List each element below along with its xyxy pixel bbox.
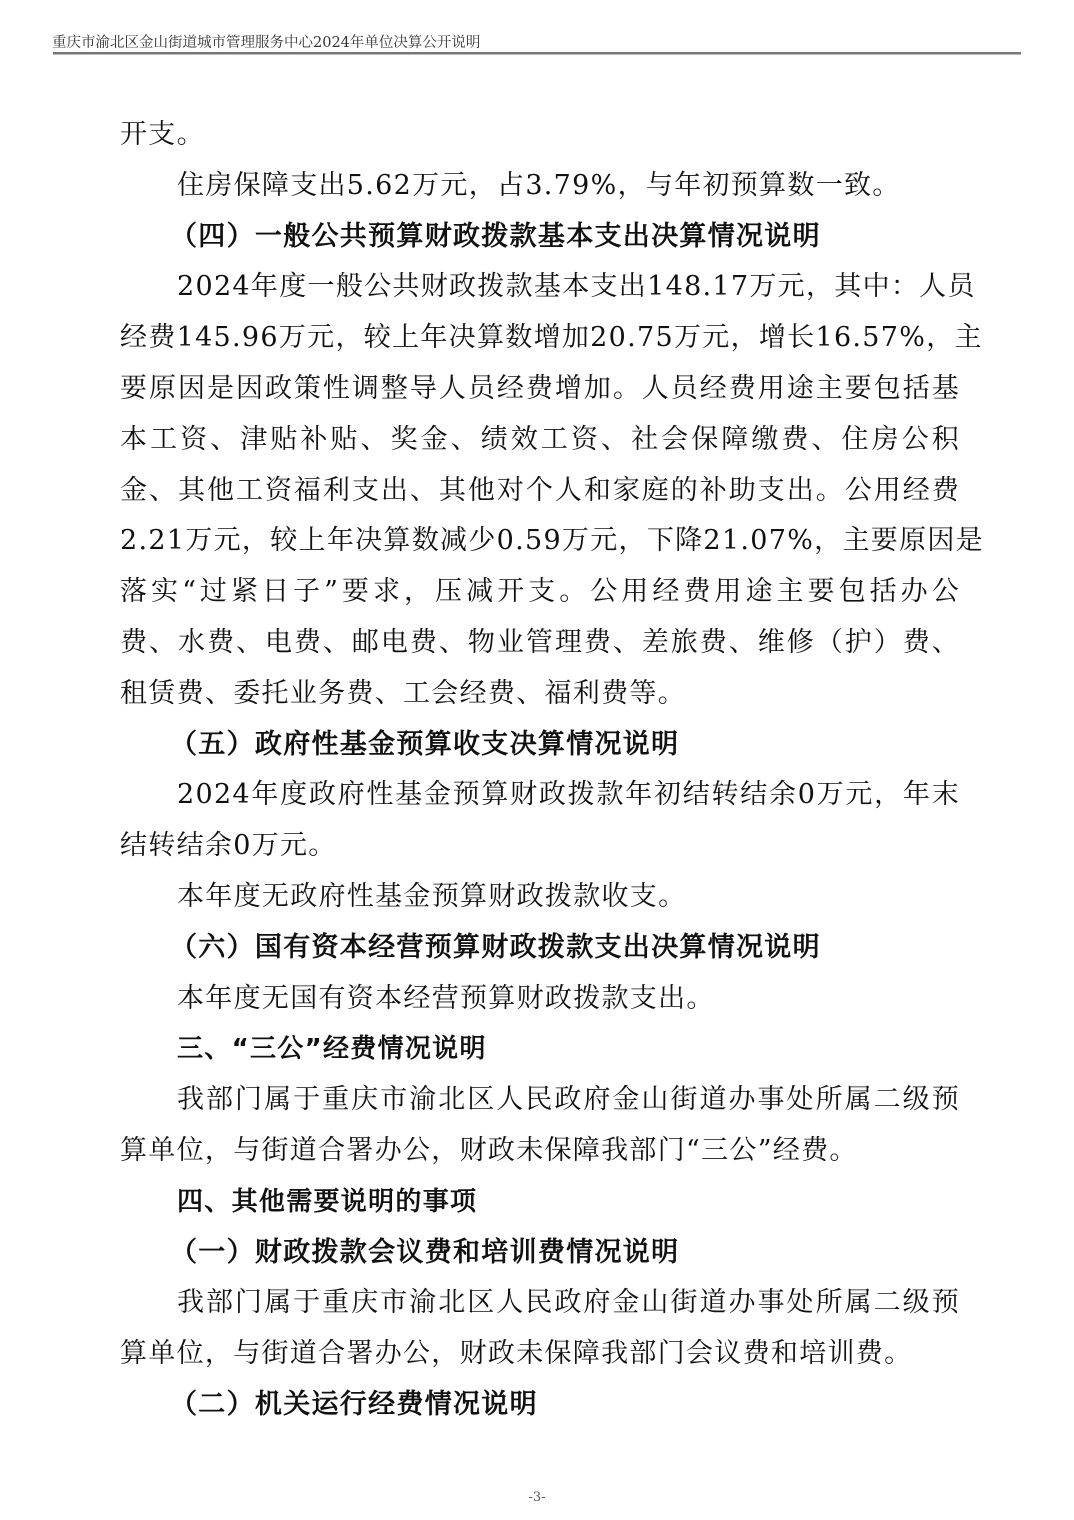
paragraph-continuation-line: 经费145.96万元，较上年决算数增加20.75万元，增长16.57%，主 xyxy=(120,313,960,364)
document-body: 开支。住房保障支出5.62万元，占3.79%，与年初预算数一致。（四）一般公共预… xyxy=(120,110,960,1431)
paragraph-continuation-line: 费、水费、电费、邮电费、物业管理费、差旅费、维修（护）费、 xyxy=(120,618,960,669)
paragraph-last-line: 算单位，与街道合署办公，财政未保障我部门“三公”经费。 xyxy=(120,1126,960,1177)
subsection-heading: （一）财政拨款会议费和培训费情况说明 xyxy=(120,1228,960,1279)
page-number: -3- xyxy=(0,1490,1074,1505)
subsection-heading: （五）政府性基金预算收支决算情况说明 xyxy=(120,720,960,771)
paragraph-first-line: 2024年度政府性基金预算财政拨款年初结转结余0万元，年末 xyxy=(120,770,960,821)
paragraph-line: 本年度无国有资本经营预算财政拨款支出。 xyxy=(120,974,960,1025)
paragraph-first-line: 2024年度一般公共财政拨款基本支出148.17万元，其中：人员 xyxy=(120,262,960,313)
subsection-heading: （四）一般公共预算财政拨款基本支出决算情况说明 xyxy=(120,212,960,263)
paragraph-last-line: 租赁费、委托业务费、工会经费、福利费等。 xyxy=(120,669,960,720)
subsection-heading: （二）机关运行经费情况说明 xyxy=(120,1380,960,1431)
paragraph-continuation-line: 要原因是因政策性调整导人员经费增加。人员经费用途主要包括基 xyxy=(120,364,960,415)
header-rule xyxy=(53,52,1021,55)
subsection-heading: （六）国有资本经营预算财政拨款支出决算情况说明 xyxy=(120,923,960,974)
paragraph-continuation-line: 落实“过紧日子”要求，压减开支。公用经费用途主要包括办公 xyxy=(120,567,960,618)
paragraph-continuation-line: 金、其他工资福利支出、其他对个人和家庭的补助支出。公用经费 xyxy=(120,466,960,517)
paragraph-line: 本年度无政府性基金预算财政拨款收支。 xyxy=(120,872,960,923)
paragraph-continuation-line: 开支。 xyxy=(120,110,960,161)
section-heading: 四、其他需要说明的事项 xyxy=(120,1177,960,1228)
paragraph-last-line: 结转结余0万元。 xyxy=(120,821,960,872)
paragraph-line: 住房保障支出5.62万元，占3.79%，与年初预算数一致。 xyxy=(120,161,960,212)
paragraph-first-line: 我部门属于重庆市渝北区人民政府金山街道办事处所属二级预 xyxy=(120,1075,960,1126)
paragraph-last-line: 算单位，与街道合署办公，财政未保障我部门会议费和培训费。 xyxy=(120,1329,960,1380)
section-heading: 三、“三公”经费情况说明 xyxy=(120,1024,960,1075)
paragraph-first-line: 我部门属于重庆市渝北区人民政府金山街道办事处所属二级预 xyxy=(120,1278,960,1329)
paragraph-continuation-line: 2.21万元，较上年决算数减少0.59万元，下降21.07%，主要原因是 xyxy=(120,516,960,567)
paragraph-continuation-line: 本工资、津贴补贴、奖金、绩效工资、社会保障缴费、住房公积 xyxy=(120,415,960,466)
running-header: 重庆市渝北区金山街道城市管理服务中心2024年单位决算公开说明 xyxy=(52,31,480,52)
